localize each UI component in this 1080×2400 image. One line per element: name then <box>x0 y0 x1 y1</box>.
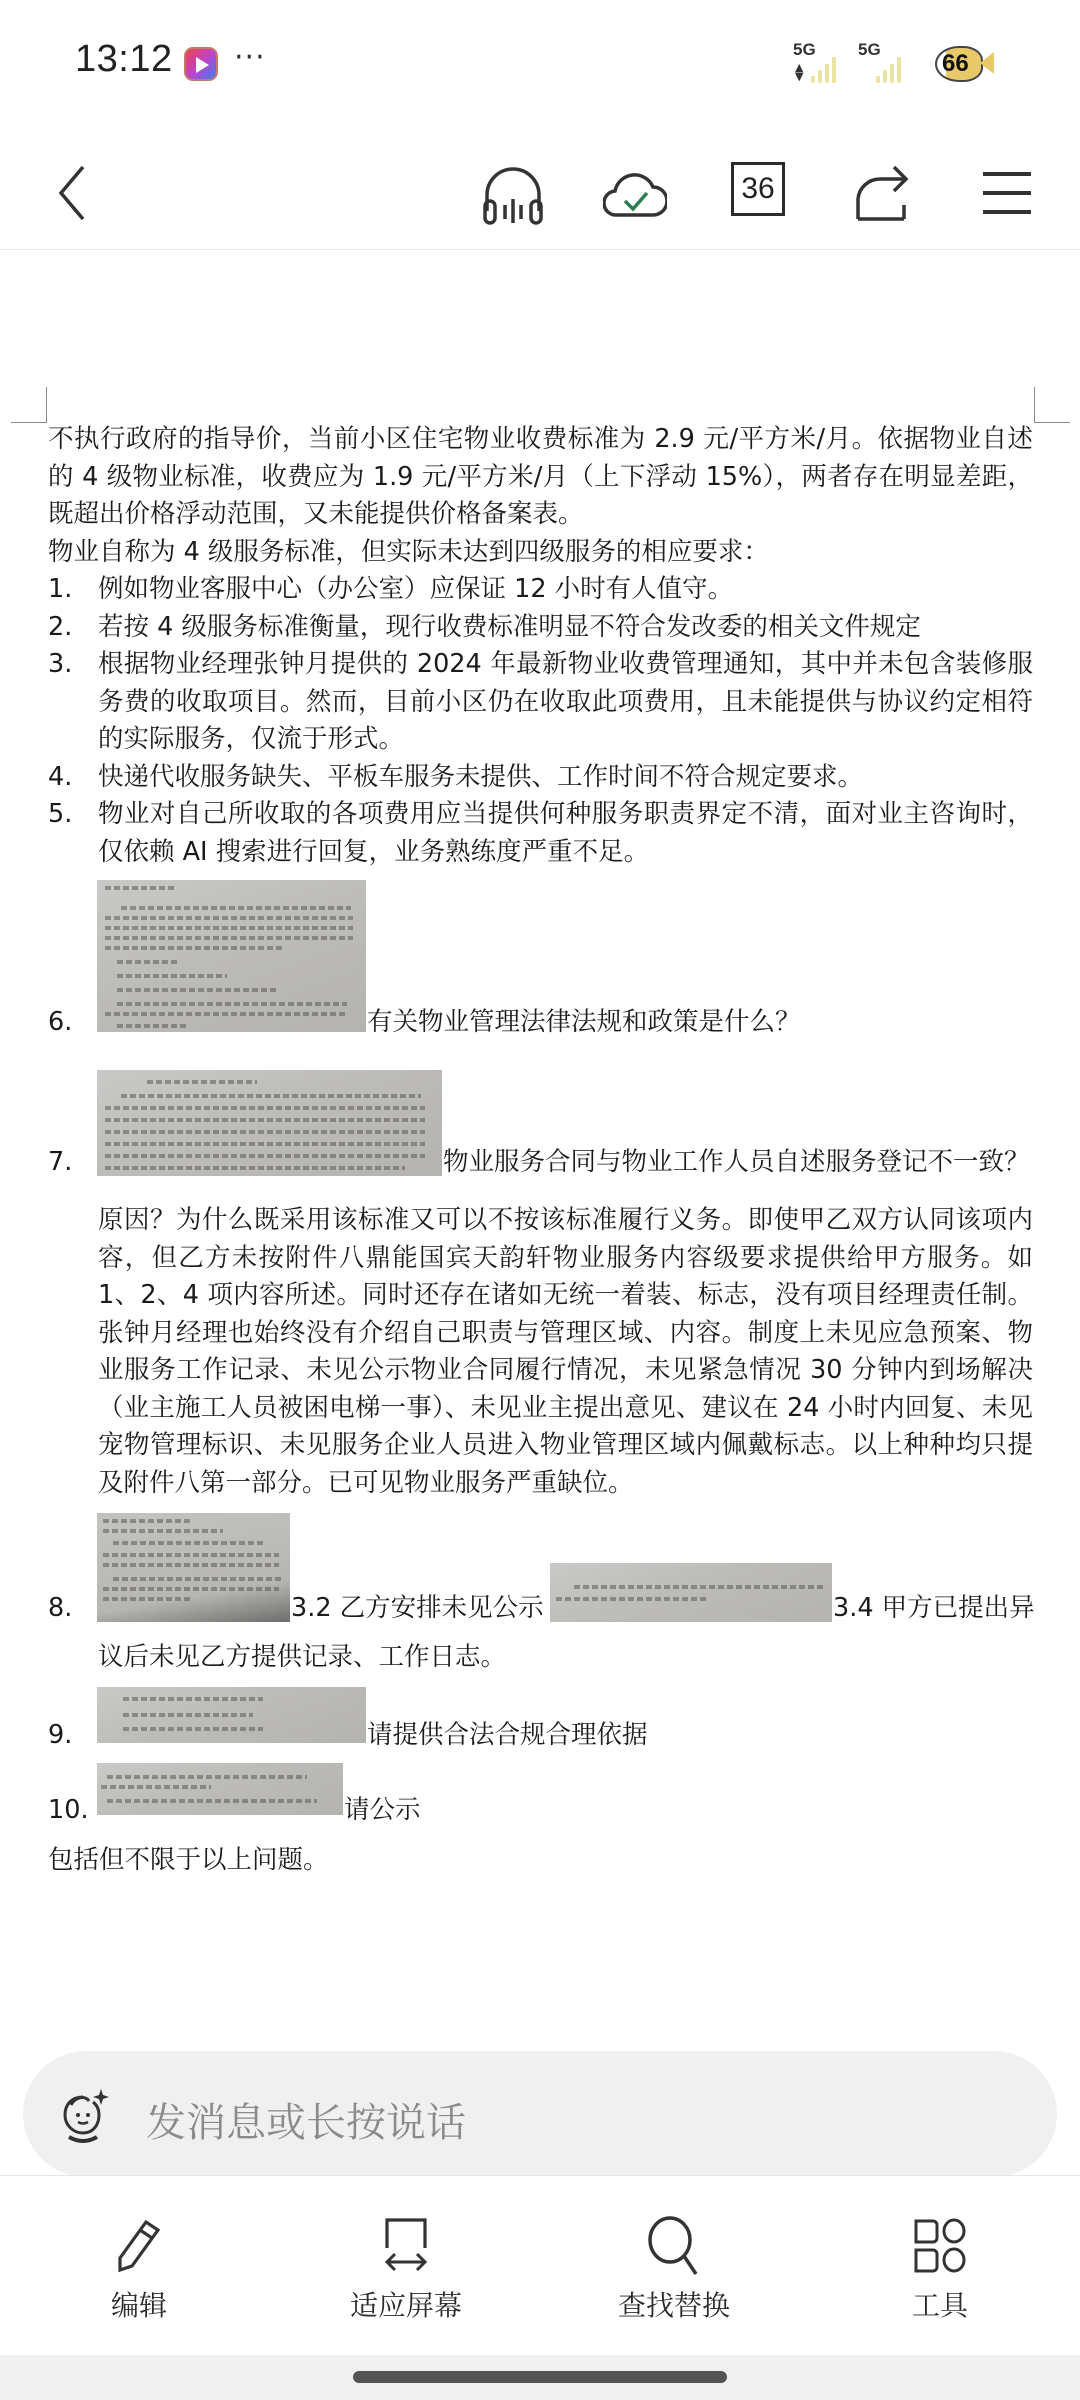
headphones-icon <box>481 161 545 225</box>
list-number: 8. <box>48 1590 72 1628</box>
ai-assistant-icon <box>53 2087 113 2147</box>
grid-tools-icon <box>913 2218 967 2274</box>
list-text-part-b: 3.4 甲方已提出异 <box>833 1590 1035 1628</box>
signal-5g-sim1-icon: 5G ▲▼ <box>793 40 843 84</box>
list-number: 2. <box>48 609 72 647</box>
list-item: 3.根据物业经理张钟月提供的 2024 年最新物业收费管理通知，其中并未包含装修… <box>48 646 1033 759</box>
list-text: 物业服务合同与物业工作人员自述服务登记不一致？ <box>443 1144 1030 1182</box>
list-number: 10. <box>48 1792 89 1830</box>
fit-screen-button[interactable]: 适应屏幕 <box>326 2206 486 2326</box>
search-icon <box>646 2216 702 2276</box>
system-navigation-area <box>0 2355 1080 2400</box>
scan-image-section-3-4[interactable] <box>550 1563 832 1622</box>
list-text: 根据物业经理张钟月提供的 2024 年最新物业收费管理通知，其中并未包含装修服务… <box>98 649 1033 754</box>
closing-text: 包括但不限于以上问题。 <box>48 1842 1033 1880</box>
list-text-part-a: 3.2 乙方安排未见公示 <box>291 1590 544 1628</box>
cloud-sync-button[interactable] <box>600 158 670 228</box>
list-number: 1. <box>48 571 72 609</box>
list-text: 例如物业客服中心（办公室）应保证 12 小时有人值守。 <box>98 574 733 604</box>
lead-in-paragraph: 物业自称为 4 级服务标准，但实际未达到四级服务的相应要求： <box>48 534 1033 572</box>
list-number: 9. <box>48 1717 72 1755</box>
scan-image-fee-standard[interactable] <box>97 1687 366 1743</box>
item7-explanation: 原因？为什么既采用该标准又可以不按该标准履行义务。即使甲乙双方认同该项内容，但乙… <box>98 1202 1033 1502</box>
list-text: 有关物业管理法律法规和政策是什么？ <box>367 1004 801 1042</box>
tools-label: 工具 <box>912 2284 968 2324</box>
pencil-icon <box>114 2218 164 2274</box>
fit-width-icon <box>381 2216 431 2276</box>
scan-image-public-notice[interactable] <box>97 1763 343 1815</box>
chevron-left-icon <box>53 163 93 223</box>
list-item: 4.快递代收服务缺失、平板车服务未提供、工作时间不符合规定要求。 <box>48 759 1033 797</box>
list-text: 物业对自己所收取的各项费用应当提供何种服务职责界定不清，面对业主咨询时，仅依赖 … <box>98 799 1033 867</box>
page-count-button[interactable]: 36 <box>731 162 785 216</box>
document-toolbar: 36 <box>0 130 1080 250</box>
page-crop-mark-left <box>11 387 47 423</box>
status-time: 13:12 <box>75 38 173 81</box>
hamburger-menu-icon <box>981 170 1033 216</box>
menu-button[interactable] <box>972 158 1042 228</box>
list-number: 5. <box>48 796 72 834</box>
more-notifications-icon: ··· <box>234 40 266 75</box>
listen-button[interactable] <box>478 158 548 228</box>
find-replace-button[interactable]: 查找替换 <box>594 2206 754 2326</box>
battery-level: 66 <box>942 50 969 78</box>
back-button[interactable] <box>38 158 108 228</box>
document-text-block: 不执行政府的指导价，当前小区住宅物业收费标准为 2.9 元/平方米/月。依据物业… <box>48 421 1033 871</box>
list-item: 1.例如物业客服中心（办公室）应保证 12 小时有人值守。 <box>48 571 1033 609</box>
list-item: 2.若按 4 级服务标准衡量，现行收费标准明显不符合发改委的相关文件规定 <box>48 609 1033 647</box>
list-text: 若按 4 级服务标准衡量，现行收费标准明显不符合发改委的相关文件规定 <box>98 612 921 642</box>
share-icon <box>852 163 914 223</box>
scan-image-section-3-2[interactable] <box>97 1513 290 1622</box>
chat-input-placeholder: 发消息或长按说话 <box>146 2091 466 2148</box>
find-replace-label: 查找替换 <box>618 2284 730 2324</box>
closing-paragraph: 包括但不限于以上问题。 <box>48 1842 1033 1880</box>
list-number: 6. <box>48 1004 72 1042</box>
page-crop-mark-right <box>1034 387 1070 423</box>
bottom-toolbar: 编辑 适应屏幕 查找替换 工具 <box>0 2175 1080 2355</box>
list-number: 4. <box>48 759 72 797</box>
share-button[interactable] <box>848 158 918 228</box>
item7-paragraph: 原因？为什么既采用该标准又可以不按该标准履行义务。即使甲乙双方认同该项内容，但乙… <box>98 1202 1033 1502</box>
list-text: 请公示 <box>344 1792 421 1830</box>
data-activity-icon: ▲▼ <box>795 63 803 81</box>
tools-button[interactable]: 工具 <box>860 2206 1020 2326</box>
list-number: 7. <box>48 1144 72 1182</box>
edit-label: 编辑 <box>111 2284 167 2324</box>
intro-paragraph: 不执行政府的指导价，当前小区住宅物业收费标准为 2.9 元/平方米/月。依据物业… <box>48 421 1033 534</box>
fit-screen-label: 适应屏幕 <box>350 2284 462 2324</box>
status-bar: 13:12 ··· 5G ▲▼ 5G 66 <box>0 0 1080 130</box>
scan-image-contract-basic-info[interactable] <box>97 880 366 1032</box>
list-text-continued: 议后未见乙方提供记录、工作日志。 <box>98 1639 506 1677</box>
signal-bars-icon <box>811 56 839 83</box>
signal-5g-sim2-icon: 5G <box>858 40 908 84</box>
list-text: 快递代收服务缺失、平板车服务未提供、工作时间不符合规定要求。 <box>98 762 863 792</box>
cloud-check-icon <box>603 165 667 221</box>
scan-image-service-standard[interactable] <box>97 1070 442 1176</box>
edit-button[interactable]: 编辑 <box>59 2206 219 2326</box>
video-app-notification-icon <box>184 47 218 81</box>
signal-bars-icon <box>876 56 904 83</box>
list-text: 请提供合法合规合理依据 <box>367 1717 648 1755</box>
ai-chat-input[interactable]: 发消息或长按说话 <box>23 2051 1057 2177</box>
list-number: 3. <box>48 646 72 684</box>
list-item: 5.物业对自己所收取的各项费用应当提供何种服务职责界定不清，面对业主咨询时，仅依… <box>48 796 1033 871</box>
battery-icon: 66 <box>935 44 1001 84</box>
document-page[interactable]: 不执行政府的指导价，当前小区住宅物业收费标准为 2.9 元/平方米/月。依据物业… <box>0 251 1080 2051</box>
home-indicator[interactable] <box>353 2371 727 2383</box>
